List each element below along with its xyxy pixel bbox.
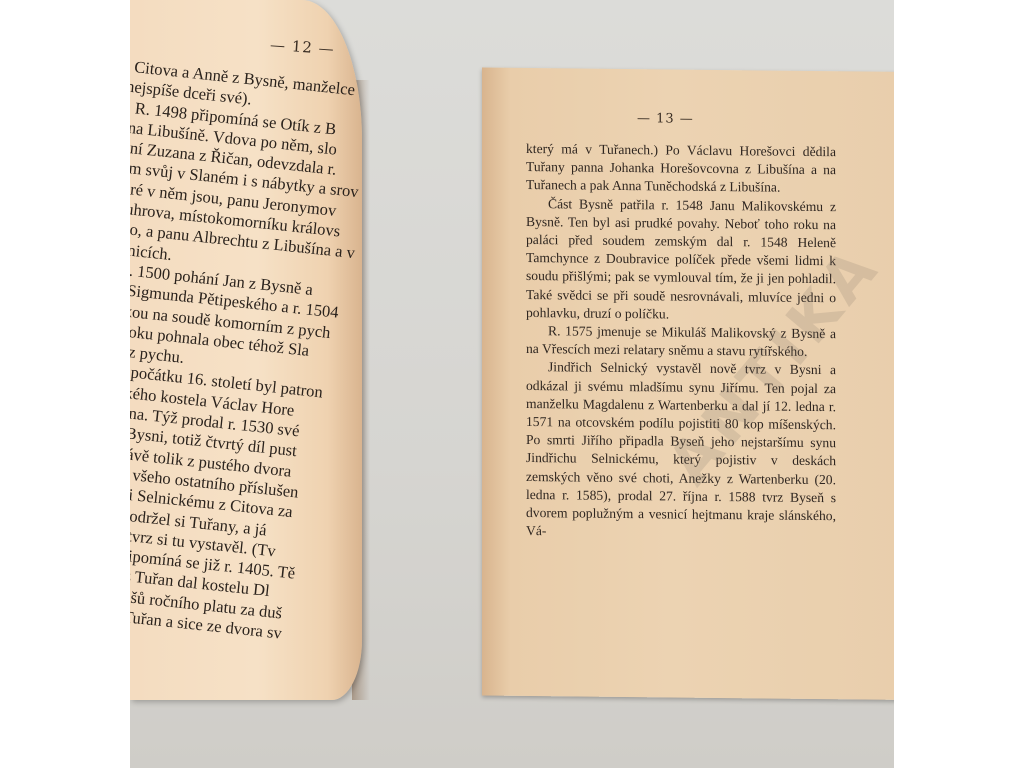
page-number-12: — 12 — bbox=[269, 36, 335, 58]
right-page: — 13 — který má v Tuřanech.) Po Václavu … bbox=[482, 68, 894, 701]
page-number-13: — 13 — bbox=[637, 111, 694, 127]
left-page: — 12 — z Citova a Anně z Bysně, manželce… bbox=[130, 0, 362, 700]
book-photo: — 13 — který má v Tuřanech.) Po Václavu … bbox=[130, 0, 894, 768]
left-page-text: z Citova a Anně z Bysně, manželce (nejsp… bbox=[130, 56, 393, 649]
paragraph: který má v Tuřanech.) Po Václavu Horešov… bbox=[526, 140, 836, 198]
